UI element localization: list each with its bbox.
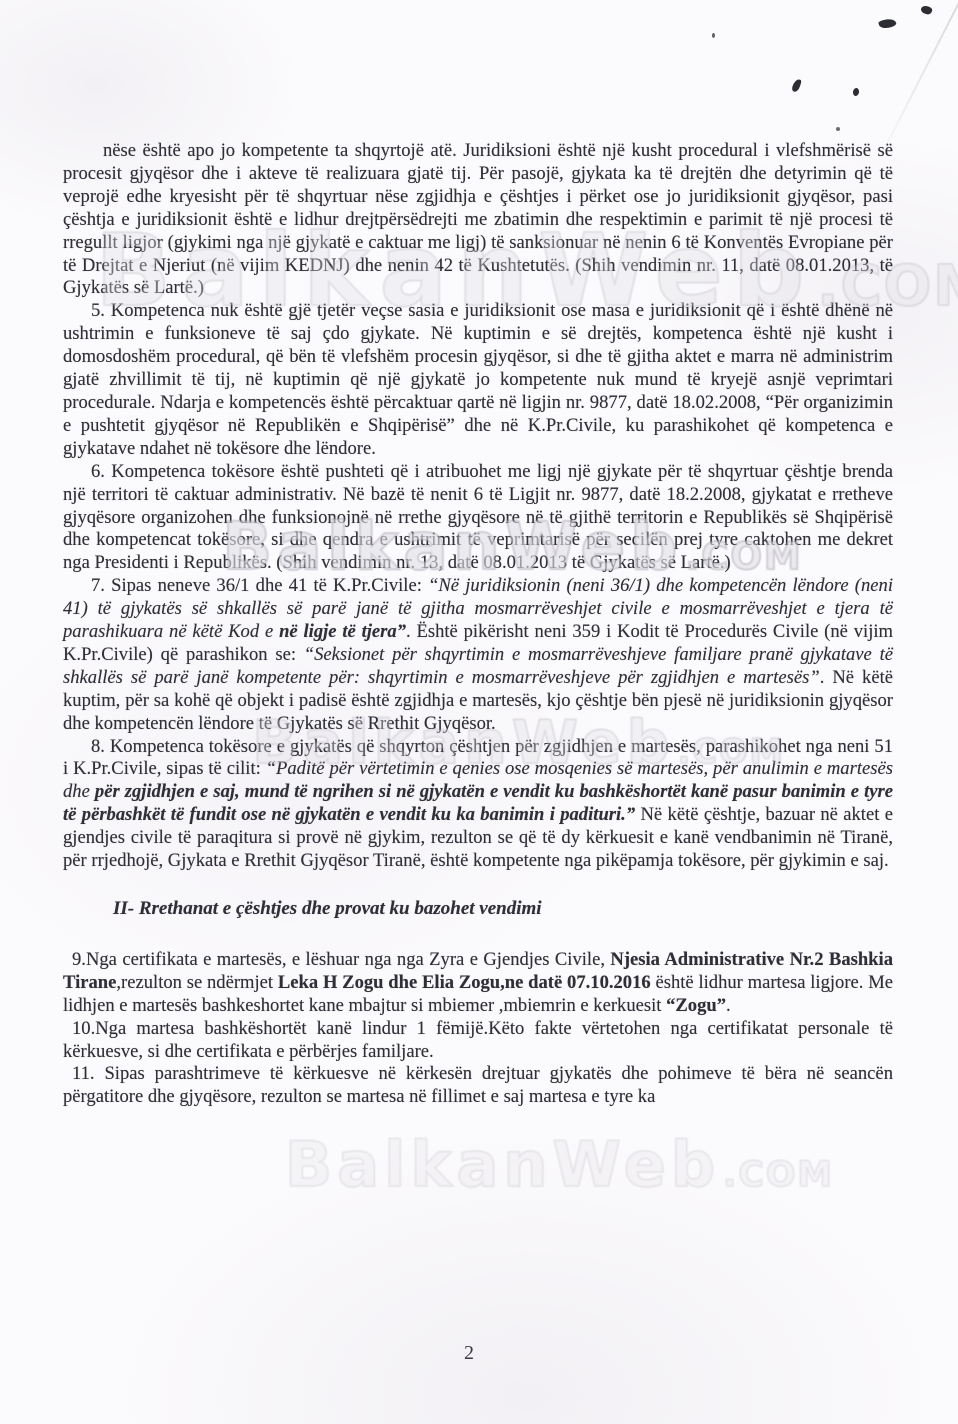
paragraph-pika-5: 5. Kompetenca nuk është gjë tjetër veçse… [63, 300, 893, 460]
text-segment: nëse është apo jo kompetente ta shqyrtoj… [63, 140, 893, 298]
watermark-suffix-text: .COM [723, 1155, 834, 1195]
section-heading-rrethanat: II- Rrethanat e çështjes dhe provat ku b… [113, 898, 893, 921]
paragraph-pika-6: 6. Kompetenca tokësore është pushteti që… [63, 461, 893, 576]
paragraph-juridiksioni-vijim: nëse është apo jo kompetente ta shqyrtoj… [63, 140, 893, 300]
text-segment: ,rezulton se ndërmjet [116, 972, 277, 993]
text-segment: . [726, 995, 731, 1016]
page-number: 2 [0, 1342, 938, 1365]
document-body: nëse është apo jo kompetente ta shqyrtoj… [63, 140, 893, 1109]
text-segment: Leka H Zogu dhe Elia Zogu,ne datë 07.10.… [278, 972, 651, 993]
ink-speck [920, 4, 933, 16]
text-segment: 6. Kompetenca tokësore është pushteti që… [63, 461, 893, 574]
ink-speck [791, 78, 802, 93]
ink-speck [836, 127, 840, 131]
text-segment: 10.Nga martesa bashkëshortët kanë lindur… [63, 1018, 893, 1062]
text-segment: në ligje të tjera” [279, 621, 406, 642]
text-segment: 7. Sipas neneve 36/1 dhe 41 të K.Pr.Civi… [91, 575, 428, 596]
watermark-brand-text: BalkanWeb [285, 1128, 720, 1201]
text-segment: 9.Nga certifikata e martesës, e lëshuar … [72, 949, 610, 970]
balkanweb-watermark: BalkanWeb.COM [285, 1128, 834, 1201]
ink-speck [878, 17, 897, 31]
paragraph-pika-11: 11. Sipas parashtrimeve të kërkuesve në … [63, 1063, 893, 1109]
text-segment: 11. Sipas parashtrimeve të kërkuesve në … [63, 1063, 893, 1107]
paragraph-pika-9: 9.Nga certifikata e martesës, e lëshuar … [63, 949, 893, 1018]
ink-speck [852, 88, 859, 97]
text-segment: 5. Kompetenca nuk është gjë tjetër veçse… [63, 300, 893, 458]
paragraph-pika-7: 7. Sipas neneve 36/1 dhe 41 të K.Pr.Civi… [63, 575, 893, 735]
paragraph-pika-8: 8. Kompetenca tokësore e gjykatës që shq… [63, 736, 893, 873]
scanned-court-document-page: nëse është apo jo kompetente ta shqyrtoj… [0, 0, 958, 1424]
ink-speck [712, 33, 715, 38]
paragraph-pika-10: 10.Nga martesa bashkëshortët kanë lindur… [63, 1018, 893, 1064]
text-segment: “Zogu” [666, 995, 726, 1016]
